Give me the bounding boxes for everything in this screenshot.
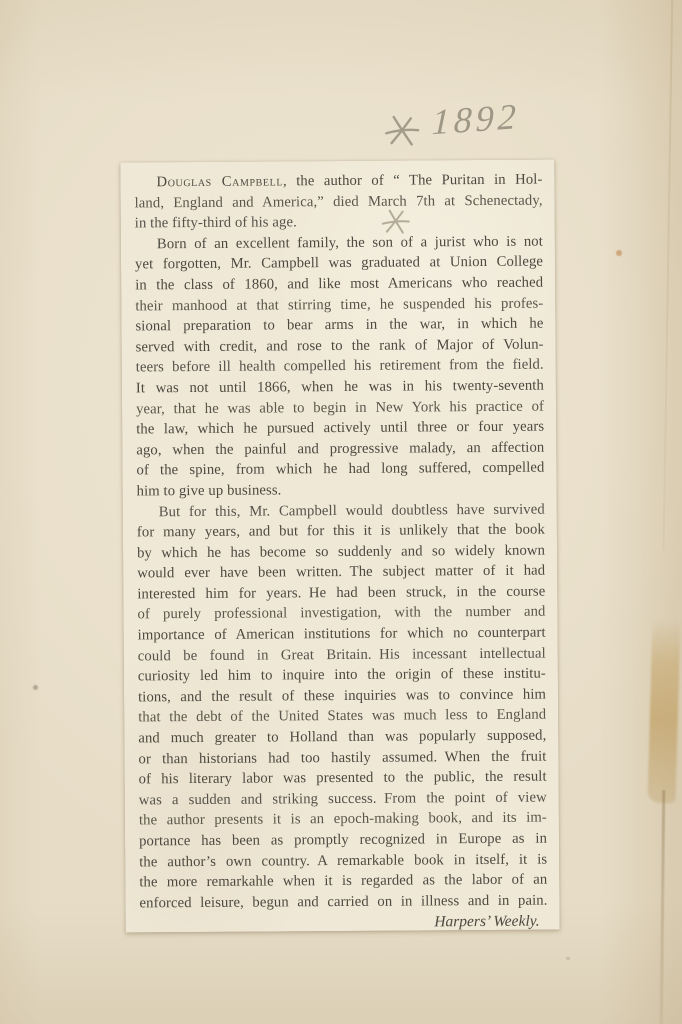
clipping-line: interested him for years. He had been st… (137, 581, 545, 604)
clipping-line: him to give up business. (137, 478, 545, 501)
clipping-line: in the fifty-third of his age. (135, 211, 543, 234)
ink-speck (33, 685, 38, 690)
clipping-line: of the spine, from which he had long suf… (136, 458, 544, 481)
author-name: Douglas Campbell (156, 173, 283, 190)
page-edge-shadow (660, 790, 666, 1024)
clipping-line: year, that he was able to begin in New Y… (136, 396, 544, 419)
clipping-line: and much greater to Holland than was pop… (138, 726, 546, 749)
clipping-line: tions, and the result of these inquiries… (138, 684, 546, 707)
clipping-line: their manhood at that stirring time, he … (135, 293, 543, 316)
clipping-line: importance of American institutions for … (138, 623, 546, 646)
attribution: Harpers’ Weekly. (140, 911, 548, 935)
clipping-line: or than historians had too hastily assum… (138, 746, 546, 769)
clipping-line: of his literary labor was presented to t… (139, 767, 547, 790)
clipping-line: enforced leisure, begun and carried on i… (139, 890, 547, 913)
clipping-line: portance has been as promptly recognized… (139, 829, 547, 852)
clipping-line: the more remarkahle when it is regarded … (139, 870, 547, 893)
clipping-line: was a sudden and striking success. From … (139, 787, 547, 810)
clipping-line: Born of an excellent family, the son of … (135, 231, 543, 254)
clipping-line: It was not until 1866, when he was in hi… (136, 376, 544, 399)
foxing-spot (616, 250, 622, 256)
clipping-line: the author presents it is an epoch-makin… (139, 808, 547, 831)
scanned-page: 1892 Douglas Campbell, the author of “ T… (0, 0, 682, 1024)
clipping-line: teers before ill health compelled his re… (136, 355, 544, 378)
clipping-line: would ever have been written. The subjec… (137, 561, 545, 584)
clipping-line: But for this, Mr. Campbell would doubtle… (137, 499, 545, 522)
clipping-line: could be found in Great Britain. His inc… (138, 643, 546, 666)
page-deckle-edge (647, 618, 680, 804)
line-text: , the author of “ The Puritan in Hol- (283, 172, 543, 190)
paper-speck (566, 957, 570, 960)
clipping-text: Douglas Campbell, the author of “ The Pu… (134, 170, 547, 914)
clipping-line: for many years, and but for this it is u… (137, 520, 545, 543)
clipping-line: by which he has become so suddenly and s… (137, 540, 545, 563)
clipping-line: Douglas Campbell, the author of “ The Pu… (134, 170, 542, 193)
clipping-line: yet forgotten, Mr. Campbell was graduate… (135, 252, 543, 275)
clipping-line: curiosity led him to inquire into the or… (138, 664, 546, 687)
clipping-line: land, England and America,” died March 7… (135, 190, 543, 213)
clipping-line: of purely professional investigation, wi… (137, 602, 545, 625)
clipping-line: sional preparation to bear arms in the w… (135, 314, 543, 337)
clipping-line: the author’s own country. A remarkable b… (139, 849, 547, 872)
clipping-line: in the class of 1860, and like most Amer… (135, 273, 543, 296)
pencil-annotation: 1892 (381, 98, 521, 151)
clipping-line: that the debt of the United States was m… (138, 705, 546, 728)
clipping-line: ago, when the painful and progressive ma… (136, 437, 544, 460)
clipping-line: the law, which he pursued actively until… (136, 417, 544, 440)
clipping-line: served with credit, and rose to the rank… (136, 334, 544, 357)
pencil-asterisk-icon (382, 111, 423, 150)
page-edge-line (663, 0, 674, 550)
pencil-asterisk-icon (380, 206, 412, 236)
handwritten-year: 1892 (431, 96, 520, 142)
newspaper-clipping: Douglas Campbell, the author of “ The Pu… (120, 159, 559, 932)
